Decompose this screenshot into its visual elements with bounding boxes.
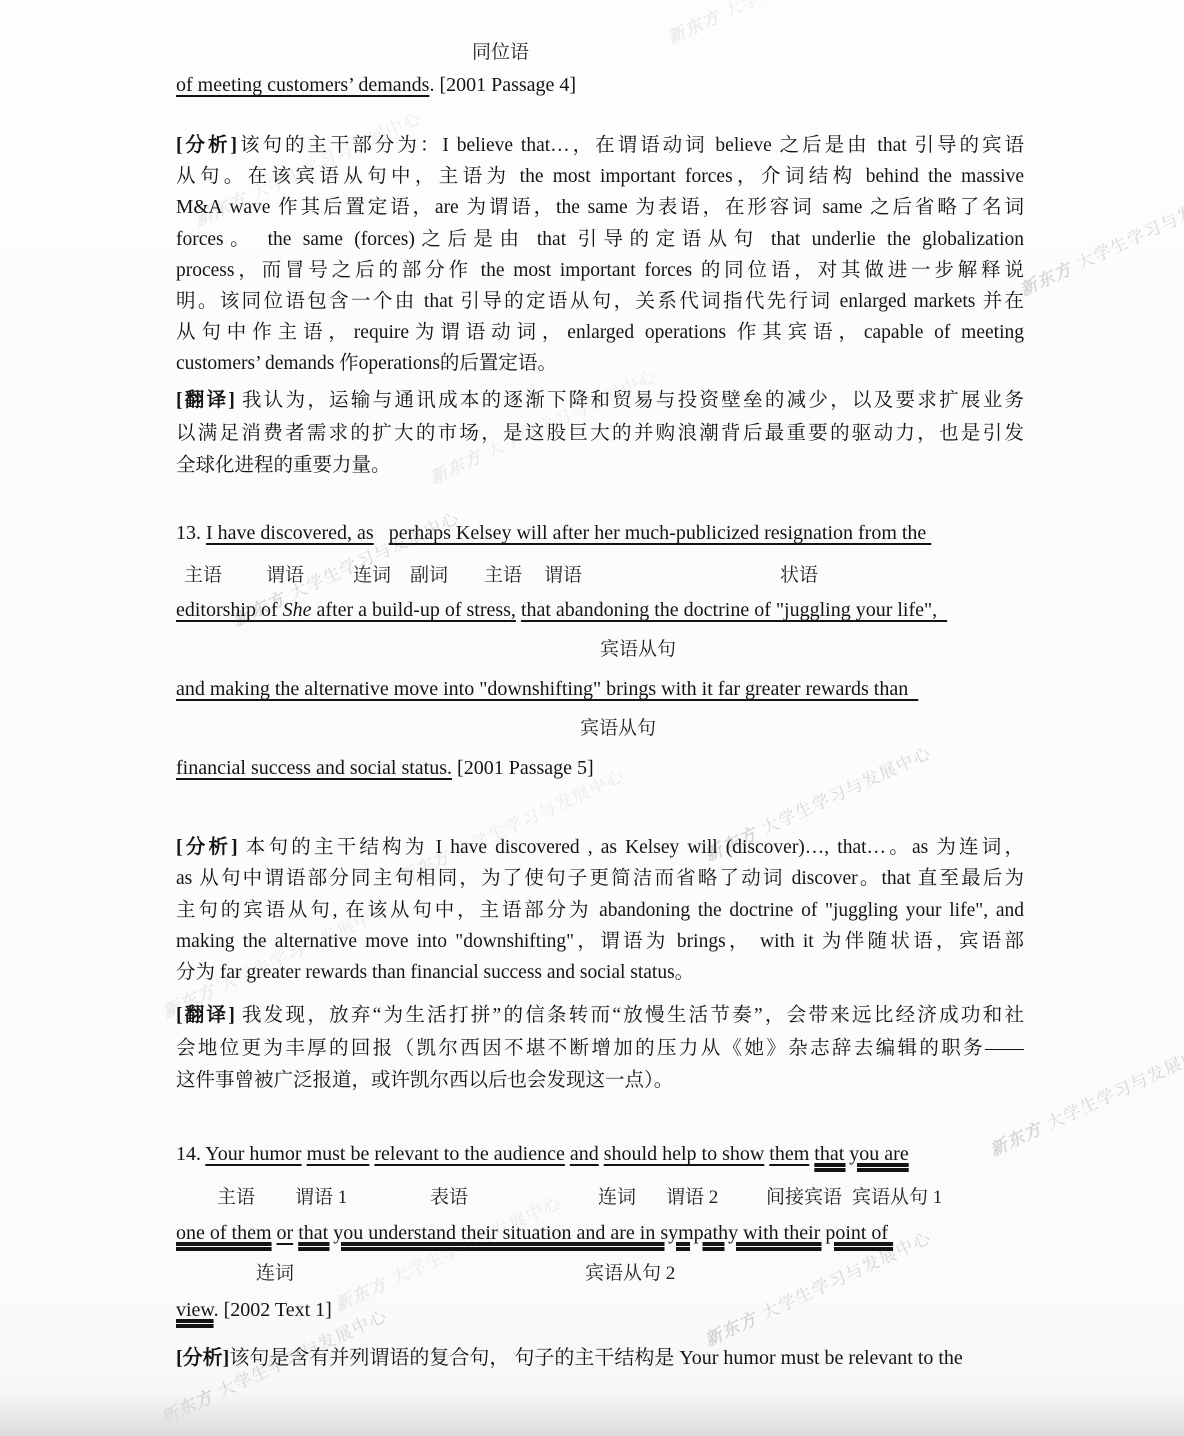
text-segment: or xyxy=(277,1222,294,1244)
text-segment: [分析] xyxy=(176,837,238,858)
text-segment: and making the alternative move into "do… xyxy=(176,678,918,700)
paragraph-line: M&A wave 作其后置定语，are 为谓语，the same 为表语，在形容… xyxy=(176,192,1024,223)
sentence-12-tail: of meeting customers’ demands. [2001 Pas… xyxy=(176,72,576,98)
text-segment: editorship of xyxy=(176,599,283,621)
text-segment: [分析] xyxy=(176,135,237,156)
text-segment: 13. xyxy=(176,522,206,544)
grammar-label: 谓语 xyxy=(544,560,582,587)
text-segment: that you understand their situation and … xyxy=(298,1222,893,1244)
paragraph-line: 从句。在该宾语从句中，主语为 the most important forces… xyxy=(176,161,1024,192)
grammar-label: 谓语 2 xyxy=(666,1182,718,1209)
text-segment: . [2002 Text 1] xyxy=(214,1299,332,1321)
grammar-label: 间接宾语 xyxy=(766,1182,842,1209)
text-segment: that you are xyxy=(814,1143,908,1165)
sentence-13-line-4: financial success and social status. [20… xyxy=(176,755,594,781)
text-segment: financial success and social status. xyxy=(176,757,452,779)
text-segment: 14. xyxy=(176,1143,205,1165)
grammar-label: 连词 xyxy=(256,1258,294,1285)
sentence-13-line-2: editorship of She after a build-up of st… xyxy=(176,597,947,623)
text-segment: that abandoning the doctrine of "jugglin… xyxy=(521,599,947,621)
text-segment: of meeting customers’ demands xyxy=(176,74,429,96)
translation-13: [翻译] 我发现，放弃“为生活打拼”的信条转而“放慢生活节奏”，会带来远比经济成… xyxy=(176,1000,1024,1098)
paragraph-line: [分析] 本句的主干结构为 I have discovered , as Kel… xyxy=(176,832,1024,863)
text-segment: [翻译] xyxy=(176,1005,235,1026)
grammar-label: 副词 xyxy=(410,560,448,587)
paragraph-line: 主句的宾语从句, 在该从句中，主语部分为 abandoning the doct… xyxy=(176,895,1024,926)
analysis-13: [分析] 本句的主干结构为 I have discovered , as Kel… xyxy=(176,832,1024,988)
paragraph-line: customers’ demands 作operations的后置定语。 xyxy=(176,348,1024,379)
text-segment: . [2001 Passage 4] xyxy=(429,74,576,96)
grammar-label: 宾语从句 2 xyxy=(585,1258,675,1285)
grammar-label: 主语 xyxy=(484,560,522,587)
text-segment: perhaps Kelsey will after her much-publi… xyxy=(389,522,932,544)
grammar-label: 表语 xyxy=(430,1182,468,1209)
text-segment: should help to show xyxy=(604,1143,765,1165)
grammar-label: 宾语从句 1 xyxy=(852,1182,942,1209)
paragraph-line: as 从句中谓语部分同主句相同，为了使句子更简洁而省略了动词 discover。… xyxy=(176,863,1024,894)
paragraph-line: 这件事曾被广泛报道，或许凯尔西以后也会发现这一点）。 xyxy=(176,1065,1024,1098)
text-segment: after a build-up of stress, xyxy=(312,599,516,621)
clause-label-object-clause-2: 宾语从句 xyxy=(580,716,656,742)
text-segment xyxy=(374,522,389,544)
paragraph-line: [翻译] 我认为，运输与通讯成本的逐渐下降和贸易与投资壁垒的减少，以及要求扩展业… xyxy=(176,385,1024,418)
text-segment: one of them xyxy=(176,1222,272,1244)
paragraph-line: 分为 far greater rewards than financial su… xyxy=(176,957,1024,988)
grammar-labels-14-row-2: 连词宾语从句 2 xyxy=(0,1258,1184,1282)
page-bottom-edge xyxy=(0,1394,1184,1436)
paragraph-line: 明。该同位语包含一个由 that 引导的定语从句，关系代词指代先行词 enlar… xyxy=(176,286,1024,317)
grammar-label: 状语 xyxy=(780,560,818,587)
clause-label-object-clause-1: 宾语从句 xyxy=(600,637,676,663)
paragraph-line: [翻译] 我发现，放弃“为生活打拼”的信条转而“放慢生活节奏”，会带来远比经济成… xyxy=(176,1000,1024,1033)
paragraph-line: forces。 the same (forces)之后是由 that 引导的定语… xyxy=(176,224,1024,255)
text-segment: [翻译] xyxy=(176,390,235,411)
grammar-label: 连词 xyxy=(353,560,391,587)
text-segment: She xyxy=(283,599,312,621)
sentence-13-line-3: and making the alternative move into "do… xyxy=(176,676,918,702)
grammar-labels-13-row-1: 主语谓语连词副词主语谓语状语 xyxy=(0,560,1184,584)
paragraph-line: 从句中作主语，require为谓语动词，enlarged operations … xyxy=(176,317,1024,348)
text-segment: and xyxy=(570,1143,599,1165)
sentence-14-line-2: one of them or that you understand their… xyxy=(176,1220,893,1246)
apposition-label: 同位语 xyxy=(472,40,529,66)
grammar-labels-14-row-1: 主语谓语 1表语连词谓语 2间接宾语宾语从句 1 xyxy=(0,1182,1184,1206)
sentence-13-line-1: 13. I have discovered, as perhaps Kelsey… xyxy=(176,520,931,546)
grammar-label: 主语 xyxy=(217,1182,255,1209)
paragraph-line: process，而冒号之后的部分作 the most important for… xyxy=(176,255,1024,286)
grammar-label: 谓语 xyxy=(266,560,304,587)
text-segment: [2001 Passage 5] xyxy=(452,757,594,779)
grammar-label: 谓语 1 xyxy=(295,1182,347,1209)
text-segment: I have discovered, as xyxy=(206,522,374,544)
text-segment: Your humor xyxy=(205,1143,301,1165)
text-segment: 本句的主干结构为 I have discovered , as Kelsey w… xyxy=(238,837,1024,858)
analysis-12: [分析]该句的主干部分为：I believe that…，在谓语动词 belie… xyxy=(176,130,1024,380)
analysis-14-first-line: [分析]该句是含有并列谓语的复合句， 句子的主干结构是 Your humor m… xyxy=(176,1345,963,1371)
text-segment: relevant to the audience xyxy=(374,1143,564,1165)
text-segment: 该句是含有并列谓语的复合句， 句子的主干结构是 Your humor must … xyxy=(229,1347,963,1369)
text-segment: 我发现，放弃“为生活打拼”的信条转而“放慢生活节奏”，会带来远比经济成功和社 xyxy=(235,1005,1024,1026)
paragraph-line: 以满足消费者需求的扩大的市场，是这股巨大的并购浪潮背后最重要的驱动力，也是引发 xyxy=(176,418,1024,451)
text-segment: view xyxy=(176,1299,214,1321)
watermark: 新东方大学生学习与发展中心 xyxy=(663,0,898,49)
watermark: 新东方大学生学习与发展中心 xyxy=(1015,173,1184,300)
paragraph-line: 会地位更为丰厚的回报（凯尔西因不堪不断增加的压力从《她》杂志辞去编辑的职务—— xyxy=(176,1033,1024,1066)
paragraph-line: [分析]该句的主干部分为：I believe that…，在谓语动词 belie… xyxy=(176,130,1024,161)
text-segment: [分析] xyxy=(176,1347,229,1369)
text-segment: them xyxy=(769,1143,809,1165)
sentence-14-line-1: 14. Your humor must be relevant to the a… xyxy=(176,1141,909,1167)
translation-12: [翻译] 我认为，运输与通讯成本的逐渐下降和贸易与投资壁垒的减少，以及要求扩展业… xyxy=(176,385,1024,483)
grammar-label: 连词 xyxy=(598,1182,636,1209)
text-segment: 该句的主干部分为：I believe that…，在谓语动词 believe 之… xyxy=(237,135,1024,156)
text-segment: 我认为，运输与通讯成本的逐渐下降和贸易与投资壁垒的减少，以及要求扩展业务 xyxy=(235,390,1024,411)
sentence-14-line-3: view. [2002 Text 1] xyxy=(176,1297,332,1323)
document-page: 新东方大学生学习与发展中心 新东方大学生学习与发展中心 新东方大学生学习与发展中… xyxy=(0,0,1184,1436)
grammar-label: 主语 xyxy=(184,560,222,587)
text-segment: must be xyxy=(307,1143,370,1165)
paragraph-line: making the alternative move into "downsh… xyxy=(176,926,1024,957)
paragraph-line: 全球化进程的重要力量。 xyxy=(176,450,1024,483)
